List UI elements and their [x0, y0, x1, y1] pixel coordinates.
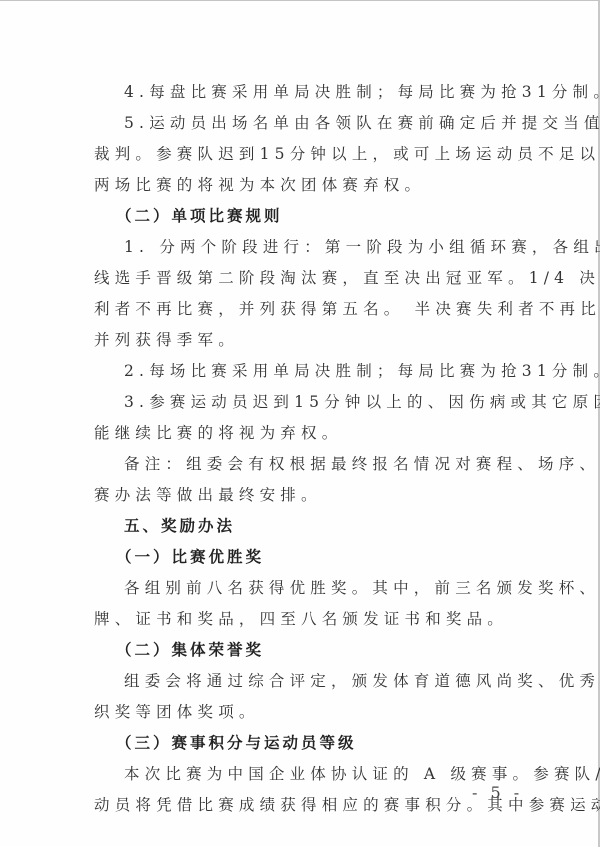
- paragraph-line: 3.参赛运动员迟到15分钟以上的、因伤病或其它原因不: [94, 387, 512, 418]
- page-number: - 5 -: [472, 783, 523, 802]
- paragraph-line: 能继续比赛的将视为弃权。: [94, 418, 512, 449]
- section-subheading: （三）赛事积分与运动员等级: [94, 728, 512, 759]
- page-content: 4.每盘比赛采用单局决胜制；每局比赛为抢31分制。 5.运动员出场名单由各领队在…: [94, 77, 512, 821]
- section-subheading: （二）集体荣誉奖: [94, 635, 512, 666]
- paragraph-line: 两场比赛的将视为本次团体赛弃权。: [94, 170, 512, 201]
- section-subheading: （一）比赛优胜奖: [94, 542, 512, 573]
- paragraph-line: 牌、证书和奖品，四至八名颁发证书和奖品。: [94, 604, 512, 635]
- paragraph-line: 1. 分两个阶段进行：第一阶段为小组循环赛，各组出: [94, 232, 512, 263]
- paragraph-line: 组委会将通过综合评定，颁发体育道德风尚奖、优秀组: [94, 666, 512, 697]
- paragraph-line: 动员将凭借比赛成绩获得相应的赛事积分。其中参赛运动员: [94, 790, 512, 821]
- document-page: 4.每盘比赛采用单局决胜制；每局比赛为抢31分制。 5.运动员出场名单由各领队在…: [0, 0, 600, 847]
- paragraph-line: 利者不再比赛，并列获得第五名。 半决赛失利者不再比赛，: [94, 294, 512, 325]
- paragraph-line: 备注：组委会有权根据最终报名情况对赛程、场序、竞: [94, 449, 512, 480]
- paragraph-line: 并列获得季军。: [94, 325, 512, 356]
- paragraph-line: 本次比赛为中国企业体协认证的 A 级赛事。参赛队/运: [94, 759, 512, 790]
- paragraph-line: 织奖等团体奖项。: [94, 697, 512, 728]
- paragraph-line: 5.运动员出场名单由各领队在赛前确定后并提交当值: [94, 108, 512, 139]
- paragraph-line: 裁判。参赛队迟到15分钟以上，或可上场运动员不足以参加: [94, 139, 512, 170]
- section-heading: 五、奖励办法: [94, 511, 512, 542]
- paragraph-line: 各组别前八名获得优胜奖。其中，前三名颁发奖杯、奖: [94, 573, 512, 604]
- paragraph-line: 4.每盘比赛采用单局决胜制；每局比赛为抢31分制。: [94, 77, 512, 108]
- section-subheading: （二）单项比赛规则: [94, 201, 512, 232]
- paragraph-line: 线选手晋级第二阶段淘汰赛，直至决出冠亚军。1/4 决赛失: [94, 263, 512, 294]
- paragraph-line: 赛办法等做出最终安排。: [94, 480, 512, 511]
- paragraph-line: 2.每场比赛采用单局决胜制；每局比赛为抢31分制。: [94, 356, 512, 387]
